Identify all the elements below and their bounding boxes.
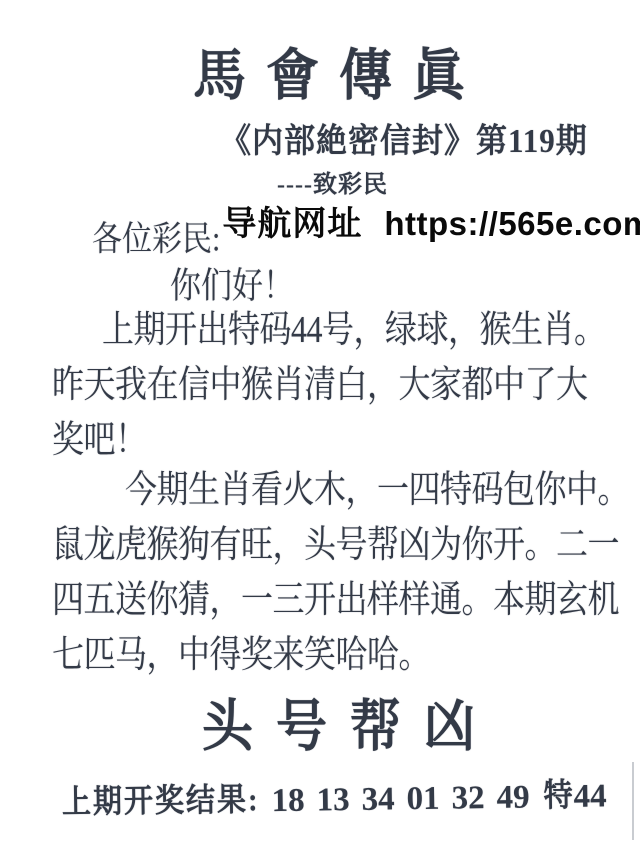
result-number: 13: [316, 782, 350, 819]
result-number: 49: [496, 779, 530, 816]
results-label: 上期开奖结果:: [62, 774, 260, 823]
results-line: 上期开奖结果: 18 13 34 01 32 49 特 44: [62, 774, 607, 823]
result-number: 01: [406, 781, 440, 818]
paragraph-current-tips: 今期生肖看火木，一四特码包你中。 鼠龙虎猴狗有旺，头号帮凶为你开。二一 四五送你…: [52, 462, 632, 682]
page-title: 馬會傳眞: [193, 46, 485, 107]
nav-overlay-url[interactable]: https://565e.com: [384, 203, 640, 246]
issue-subtitle: 《内部絶密信封》第119期: [220, 113, 588, 162]
special-number: 44: [573, 778, 607, 815]
result-number: 32: [451, 780, 485, 817]
nav-overlay-label: 导航网址: [222, 203, 362, 246]
special-number-group: 特 44: [543, 774, 607, 816]
headline: 头号帮凶: [202, 696, 498, 761]
para-line: 七匹马，中得奖来笑哈哈。: [52, 622, 632, 687]
salutation-row: 各位彩民: 导航网址 https://565e.com: [92, 203, 640, 254]
result-number: 34: [361, 781, 395, 818]
paragraph-previous-draw: 上期开出特码44号，绿球，猴生肖。 昨天我在信中猴肖清白，大家都中了大 奖吧！: [52, 302, 632, 467]
dedication-line: ----致彩民: [277, 164, 388, 199]
fax-document: 馬會傳眞 《内部絶密信封》第119期 ----致彩民 各位彩民: 导航网址 ht…: [0, 0, 640, 853]
result-number: 18: [271, 783, 305, 820]
special-number-prefix: 特: [543, 770, 573, 816]
scan-edge-artifact: [632, 762, 634, 840]
salutation-label: 各位彩民:: [92, 210, 220, 261]
